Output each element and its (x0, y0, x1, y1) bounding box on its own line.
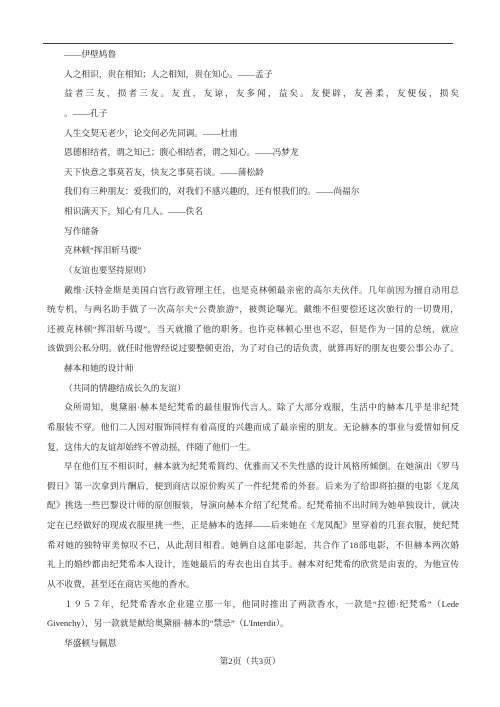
paragraph-line: 复，这伟大的友谊却始终不曾动摇，伴随了他们一生。 (47, 438, 459, 458)
story-title: 赫本和她的设计师 (64, 359, 459, 379)
quote-line: 我们有三种朋友：爱我们的，对我们不感兴趣的，还有恨我们的。——尚福尔 (64, 182, 459, 202)
quote-attribution-line: 。——孔子 (64, 104, 459, 124)
paragraph-line: 希服装不穿。他们二人因对服饰同样有着高度的兴趣而成了最亲密的朋友。无论赫本的事业… (47, 418, 459, 438)
paragraph-line: 配》挑选一些巴黎设计师的原创服装，导演向赫本介绍了纪梵希。纪梵希抽不出时间为她单… (47, 496, 459, 516)
quote-line: 天下快意之事莫若友，快友之事莫若谈。——蒲松龄 (64, 163, 459, 183)
section-heading: 写作储备 (64, 222, 459, 242)
document-page: ——伊壁鸠鲁 人之相识，贵在相知；人之相知，贵在知心。——孟子 益者三友，损者三… (0, 0, 500, 707)
paragraph-line: 定在已经做好的现成衣服里挑一些，正是赫本的选择——后来她在《龙凤配》里穿着的几套… (47, 516, 459, 536)
paragraph-line: 还被克林顿“挥泪斩马谡”，当天就撤了他的职务。也许克林顿心里也不忍，但是作为一国… (47, 320, 459, 340)
paragraph-line: 统专机，与两名助手做了一次高尔夫“公费旅游”，被舆论曝光。戴维不但要偿还这次旅行… (47, 300, 459, 320)
header-separator-rule (43, 43, 453, 44)
quote-attribution-line: ——伊壁鸠鲁 (64, 45, 459, 65)
paragraph-line: 假日》第一次拿到片酬后，便到商店以原价购买了一件纪梵希的外套。后来为了给即将拍摄… (47, 477, 459, 497)
quote-line: 恩德相结者，谓之知己；腹心相结者，谓之知心。——冯梦龙 (64, 143, 459, 163)
paragraph-line: 希对她的独特审美惊叹不已，从此刮目相看。她俩自这部电影起，共合作了18部电影，不… (47, 536, 459, 556)
paragraph-line: 戴维·沃特金斯是美国白宫行政管理主任，也是克林顿最亲密的高尔夫伙伴。几年前因为擅… (64, 281, 459, 301)
paragraph-line: １９５７年，纪梵希香水企业建立那一年，他同时推出了两款香水，一款是“拉德·纪梵希… (64, 595, 459, 615)
quote-line: 人生交契无老少，论交何必先同调。——杜甫 (64, 124, 459, 144)
quote-line: 益者三友，损者三友。友直，友谅，友多闻，益矣。友便辟，友善柔，友便佞，损矣 (64, 84, 459, 104)
paragraph-line: 从不收费，甚至还在商店买他的香水。 (47, 575, 459, 595)
story-subtitle: （友谊也要坚持原则） (64, 261, 459, 281)
document-body: ——伊壁鸠鲁 人之相识，贵在相知；人之相知，贵在知心。——孟子 益者三友，损者三… (47, 45, 459, 653)
paragraph-line: 礼上的婚纱都由纪梵希本人设计，连她最后的寿衣也出自其手。赫本对纪梵希的欣赏是由衷… (47, 555, 459, 575)
paragraph-line: 该做到公私分明。就任时他曾经说过要整顿吏治，为了对自己的话负责，就算再好的朋友也… (47, 339, 459, 359)
story-subtitle: （共同的情趣结成长久的友谊） (64, 379, 459, 399)
paragraph-line: 众所周知，奥黛丽·赫本是纪梵希的最佳服饰代言人。除了大部分戏服，生活中的赫本几乎… (64, 398, 459, 418)
page-number-footer: 第2页（共3页） (0, 652, 500, 672)
paragraph-line: Givenchy），另一款就是献给奥黛丽·赫本的“禁忌”（L'Interdit）… (47, 614, 459, 634)
quote-line: 相识满天下，知心有几人。——佚名 (64, 202, 459, 222)
paragraph-line: 早在他们互不相识时，赫本就为纪梵希简约、优雅而又不失性感的设计风格所倾倒。在她演… (64, 457, 459, 477)
story-title: 华盛顿与佩恩 (64, 634, 459, 654)
quote-line: 人之相识，贵在相知；人之相知，贵在知心。——孟子 (64, 65, 459, 85)
story-title: 克林顿“挥泪斩马谡” (64, 241, 459, 261)
